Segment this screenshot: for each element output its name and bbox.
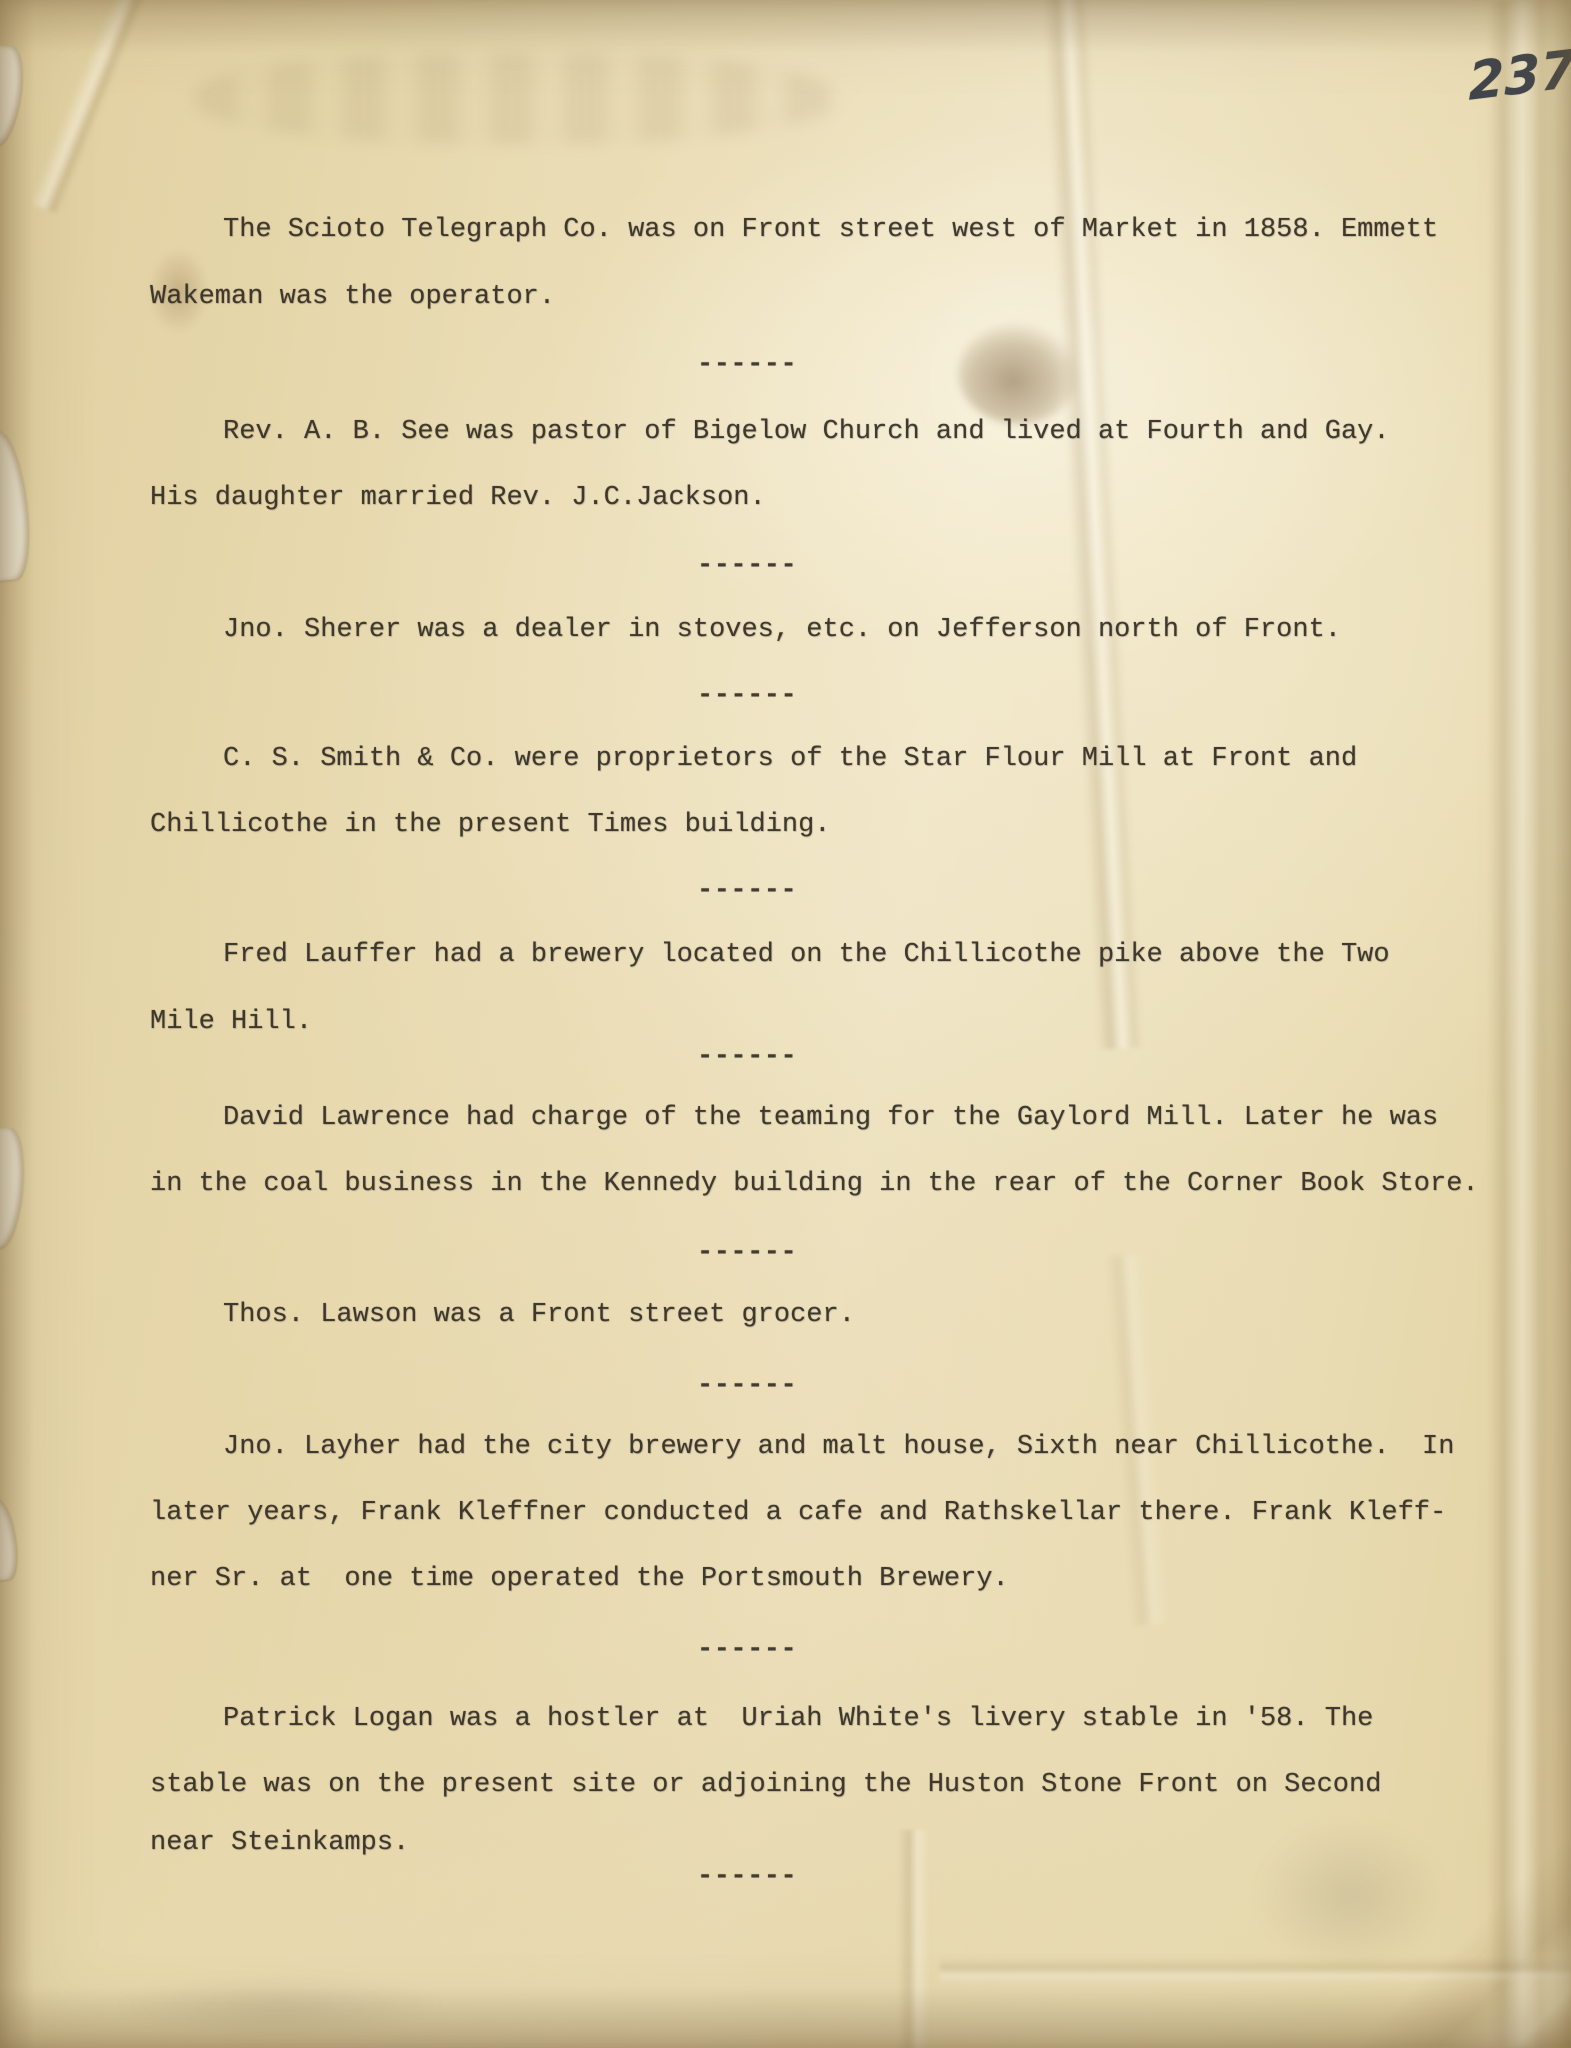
handwritten-page-number: 237 (1468, 39, 1571, 113)
separator-3: ------ (697, 679, 797, 713)
paper-stain (958, 322, 1080, 424)
separator-6: ------ (697, 1236, 797, 1270)
paragraph-4-line-1: C. S. Smith & Co. were proprietors of th… (223, 742, 1357, 776)
paper-crease-top-left (29, 0, 149, 215)
separator-1: ------ (697, 348, 797, 382)
paper-crease-vertical (1042, 0, 1143, 1050)
faded-ink-smudge (195, 52, 835, 144)
paragraph-6-line-1: David Lawrence had charge of the teaming… (223, 1101, 1438, 1135)
paragraph-3-line-1: Jno. Sherer was a dealer in stoves, etc.… (223, 613, 1341, 647)
paper-smudge-bottom-left (115, 1975, 445, 2037)
separator-9: ------ (697, 1860, 797, 1894)
paper-fold-bottom-right (1301, 1838, 1571, 2048)
paper-crease-bottom (898, 1830, 930, 2048)
separator-5: ------ (697, 1040, 797, 1074)
paper-stain-halo (905, 255, 1135, 505)
paragraph-4-line-2: Chillicothe in the present Times buildin… (150, 808, 831, 842)
paragraph-5-line-2: Mile Hill. (150, 1005, 312, 1039)
torn-edge-chip (0, 1127, 26, 1249)
torn-edge-chip (0, 44, 27, 147)
paper-smudge-bottom-right (1255, 1820, 1445, 1970)
torn-edge-chip (0, 1497, 21, 1582)
separator-4: ------ (697, 874, 797, 908)
paragraph-9-line-1: Patrick Logan was a hostler at Uriah Whi… (223, 1702, 1373, 1736)
paragraph-1-line-1: The Scioto Telegraph Co. was on Front st… (223, 213, 1438, 247)
paragraph-9-line-3: near Steinkamps. (150, 1826, 409, 1860)
paper-crease-right-edge (1488, 0, 1550, 2048)
separator-2: ------ (697, 549, 797, 583)
separator-8: ------ (697, 1633, 797, 1667)
paragraph-5-line-1: Fred Lauffer had a brewery located on th… (223, 938, 1390, 972)
paragraph-1-line-2: Wakeman was the operator. (150, 280, 555, 314)
paragraph-8-line-2: later years, Frank Kleffner conducted a … (150, 1496, 1446, 1530)
torn-edge-chip (0, 428, 34, 581)
separator-7: ------ (697, 1369, 797, 1403)
paragraph-8-line-3: ner Sr. at one time operated the Portsmo… (150, 1562, 1009, 1596)
paragraph-2-line-2: His daughter married Rev. J.C.Jackson. (150, 481, 766, 515)
paper-crease-horizontal (940, 1958, 1571, 1984)
document-page: 237 The Scioto Telegraph Co. was on Fron… (0, 0, 1571, 2048)
paragraph-6-line-2: in the coal business in the Kennedy buil… (150, 1167, 1479, 1201)
paragraph-2-line-1: Rev. A. B. See was pastor of Bigelow Chu… (223, 415, 1390, 449)
paragraph-9-line-2: stable was on the present site or adjoin… (150, 1768, 1381, 1802)
paragraph-7-line-1: Thos. Lawson was a Front street grocer. (223, 1298, 855, 1332)
paragraph-8-line-1: Jno. Layher had the city brewery and mal… (223, 1430, 1454, 1464)
